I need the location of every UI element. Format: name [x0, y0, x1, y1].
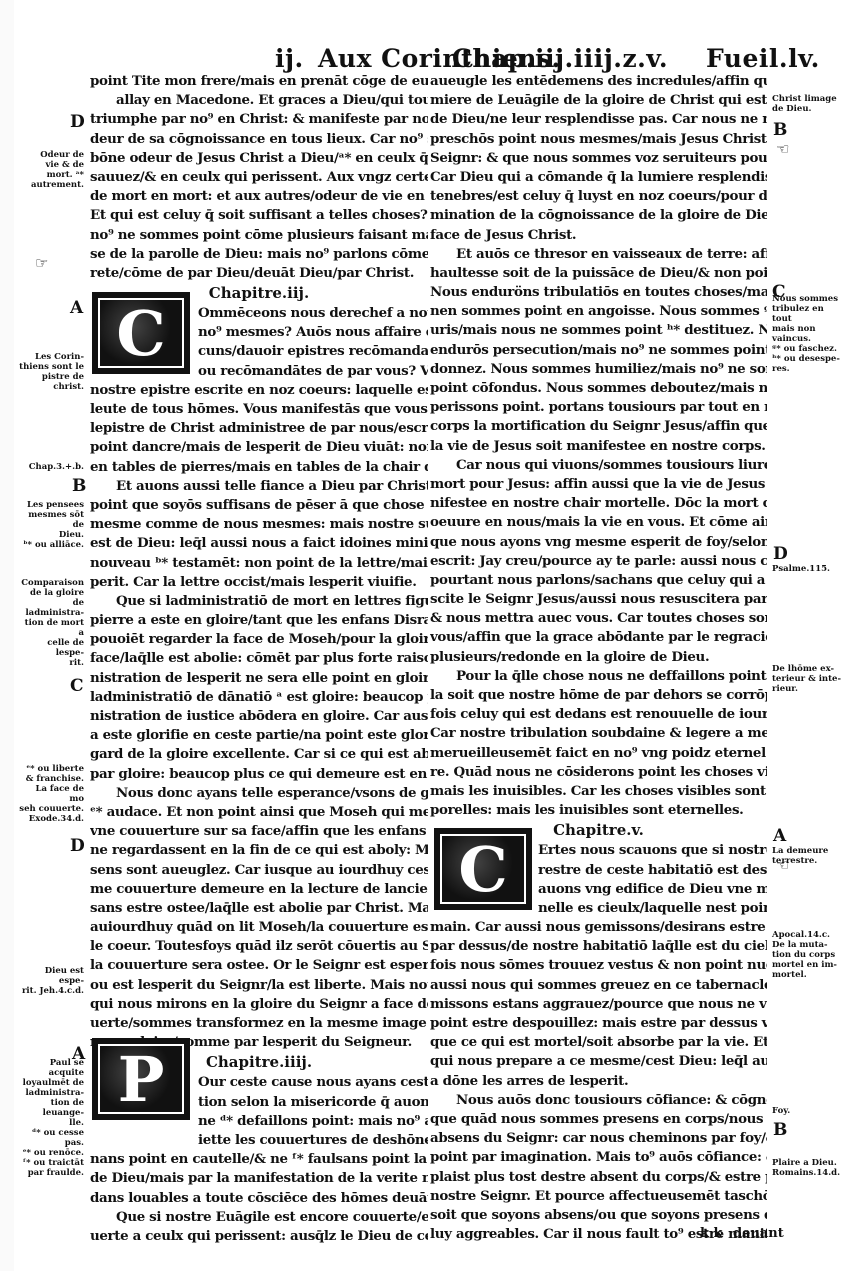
- text-line: nostre Seignr. Et pource affectueusemēt …: [430, 1187, 767, 1206]
- text-line: me couuerture demeure en la lecture de l…: [90, 880, 428, 899]
- text-line: perissons point. portans tousiours par t…: [430, 398, 767, 417]
- section-letter: B: [72, 476, 86, 496]
- section-letter: C: [70, 676, 84, 696]
- text-line: mesme comme de nous mesmes: mais nostre …: [90, 515, 428, 534]
- text-line: dans louables a toute cōsciēce des hōmes…: [90, 1189, 428, 1208]
- chapter-range: Chap.iij.iiij.z.v.: [452, 44, 668, 73]
- text-line: re. Quād nous ne cōsiderons point les ch…: [430, 763, 767, 782]
- text-line: face/laq̄lle est abolie: cōmēt par plus …: [90, 649, 428, 668]
- drop-cap-c: C: [434, 828, 532, 910]
- section-letter: B: [773, 1120, 787, 1140]
- signature-mark: k k: [700, 1226, 723, 1241]
- text-line: Car nostre tribulation soubdaine & leger…: [430, 724, 767, 743]
- margin-note-right: Plaire a Dieu. Romains.14.d.: [772, 1158, 844, 1178]
- text-line: scite le Seignr Jesus/aussi nous resusci…: [430, 590, 767, 609]
- margin-note-right: Psalme.115.: [772, 564, 844, 574]
- text-line: est de Dieu: leq̄l aussi nous a faict id…: [90, 534, 428, 553]
- section-letter: D: [773, 544, 788, 564]
- text-line: le coeur. Toutesfoys quād ilz serōt cōue…: [90, 937, 428, 956]
- text-line: oeuure en nous/mais la vie en vous. Et c…: [430, 513, 767, 532]
- text-line: que ce qui est mortel/soit absorbe par l…: [430, 1033, 767, 1052]
- text-line: rete/cōme de par Dieu/deuāt Dieu/par Chr…: [90, 264, 428, 283]
- left-text-block-2: Ommēceons nous derechef a nous louerno⁹ …: [90, 304, 428, 1052]
- drop-cap-letter: C: [98, 298, 184, 368]
- text-line: plusieurs/redonde en la gloire de Dieu.: [430, 648, 767, 667]
- scan-edge: [0, 0, 14, 1271]
- text-line: mort pour Jesus: affin aussi que la vie …: [430, 475, 767, 494]
- section-letter: D: [70, 112, 85, 132]
- text-line: point dancre/mais de lesperit de Dieu vi…: [90, 438, 428, 457]
- text-line: nen sommes point en angoisse. Nous somme…: [430, 302, 767, 321]
- text-line: par dessus/de nostre habitatiō laq̄lle e…: [430, 937, 767, 956]
- margin-note-left: Paul se acquite loyaulmēt de ladministra…: [18, 1058, 84, 1178]
- text-line: aussi nous qui sommes greuez en ce taber…: [430, 976, 767, 995]
- text-line: uerte a ceulx qui perissent: ausq̄lz le …: [90, 1227, 428, 1246]
- text-line: de Dieu/ne leur resplendisse pas. Car no…: [430, 110, 767, 129]
- text-line: nostre epistre escrite en noz coeurs: la…: [90, 381, 428, 400]
- text-line: Que si nostre Euāgile est encore couuert…: [90, 1208, 428, 1227]
- text-line: la soit que nostre hōme de par dehors se…: [430, 686, 767, 705]
- text-line: ᵉ* audace. Et non point ainsi que Moseh …: [90, 803, 428, 822]
- text-line: point cōfondus. Nous sommes deboutez/mai…: [430, 379, 767, 398]
- text-line: iette les couuertures de deshōneur: ne c…: [90, 1131, 428, 1150]
- text-line: allay en Macedone. Et graces a Dieu/qui …: [90, 91, 428, 110]
- text-line: pourtant nous parlons/sachans que celuy …: [430, 571, 767, 590]
- manicule-icon: ☜: [776, 140, 789, 158]
- drop-cap-c: C: [92, 292, 190, 374]
- text-line: haultesse soit de la puissāce de Dieu/& …: [430, 264, 767, 283]
- text-line: pierre a este en gloire/tant que les enf…: [90, 611, 428, 630]
- text-line: nans point en cautelle/& ne ᶠ* faulsans …: [90, 1150, 428, 1169]
- text-line: nifestee en nostre chair mortelle. Dōc l…: [430, 494, 767, 513]
- margin-note-left: Les Corin- thiens sont le pistre de chri…: [18, 352, 84, 392]
- margin-note-left: Les pensees mesmes sōt de Dieu. ᵇ* ou al…: [18, 500, 84, 550]
- text-line: ladministratiō de dānatiō ᵃ est gloire: …: [90, 688, 428, 707]
- text-line: par gloire: beaucop plus ce qui demeure …: [90, 765, 428, 784]
- text-line: la vie de Jesus soit manifestee en nostr…: [430, 437, 767, 456]
- section-letter: A: [773, 826, 786, 846]
- text-line: point estre despouillez: mais estre par …: [430, 1014, 767, 1033]
- text-line: en tables de pierres/mais en tables de l…: [90, 458, 428, 477]
- text-line: de Dieu/mais par la manifestation de la …: [90, 1169, 428, 1188]
- margin-note-right: Nous sommes tribulez en tout mais non va…: [772, 294, 844, 374]
- text-line: Nous enduröns tribulatiōs en toutes chos…: [430, 283, 767, 302]
- text-line: fois nous sōmes trouuez vestus & non poi…: [430, 956, 767, 975]
- text-line: perit. Car la lettre occist/mais lesperi…: [90, 573, 428, 592]
- text-line: que quād nous sommes presens en corps/no…: [430, 1110, 767, 1129]
- text-line: Et auōs ce thresor en vaisseaux de terre…: [430, 245, 767, 264]
- text-line: absens du Seignr: car nous cheminons par…: [430, 1129, 767, 1148]
- folio-number: Fueil.lv.: [706, 44, 820, 73]
- text-line: gard de la gloire excellente. Car si ce …: [90, 745, 428, 764]
- text-line: Que si ladministratiō de mort en lettres…: [90, 592, 428, 611]
- text-line: soit que soyons absens/ou que soyons pre…: [430, 1206, 767, 1225]
- drop-cap-letter: C: [440, 834, 526, 904]
- text-line: corps la mortification du Seignr Jesus/a…: [430, 417, 767, 436]
- text-line: mais les inuisibles. Car les choses visi…: [430, 782, 767, 801]
- text-line: Car Dieu qui a cōmande q̄ la lumiere res…: [430, 168, 767, 187]
- text-line: point Tite mon frere/mais en prenāt cōge…: [90, 72, 428, 91]
- text-line: vous/affin que la grace abōdante par le …: [430, 628, 767, 647]
- margin-note-right: Apocal.14.c. De la muta- tion du corps m…: [772, 930, 844, 980]
- text-line: que nous ayons vng mesme esperit de foy/…: [430, 533, 767, 552]
- text-line: ou est lesperit du Seignr/la est liberte…: [90, 976, 428, 995]
- text-line: face de Jesus Christ.: [430, 226, 767, 245]
- margin-note-left: Odeur de vie & de mort. ᵃ* autrement.: [18, 150, 84, 190]
- section-letter: D: [70, 836, 85, 856]
- text-line: a este glorifie en ceste partie/na point…: [90, 726, 428, 745]
- text-line: & nous mettra auec vous. Car toutes chos…: [430, 609, 767, 628]
- text-line: point par imagination. Mais to⁹ auōs cōf…: [430, 1148, 767, 1167]
- text-line: leute de tous hōmes. Vous manifestās que…: [90, 400, 428, 419]
- text-line: Seignr: & que nous sommes voz seruiteurs…: [430, 149, 767, 168]
- text-line: triumphe par no⁹ en Christ: & manifeste …: [90, 110, 428, 129]
- text-line: se de la parolle de Dieu: mais no⁹ parlo…: [90, 245, 428, 264]
- text-line: nouveau ᵇ* testamēt: non point de la let…: [90, 554, 428, 573]
- margin-note-left: Chap.3.+.b.: [18, 462, 84, 472]
- text-line: sens sont aueuglez. Car iusque au iourdh…: [90, 861, 428, 880]
- text-line: a dōne les arres de lesperit.: [430, 1072, 767, 1091]
- text-line: la couuerture sera ostee. Or le Seignr e…: [90, 956, 428, 975]
- text-line: qui nous prepare a ce mesme/cest Dieu: l…: [430, 1052, 767, 1071]
- text-line: uris/mais nous ne sommes point ʰ* destit…: [430, 321, 767, 340]
- text-line: no⁹ ne sommes point cōme plusieurs faisa…: [90, 226, 428, 245]
- text-line: plaist plus tost destre absent du corps/…: [430, 1168, 767, 1187]
- right-text-block-1: aueugle les entēdemens des incredules/af…: [430, 72, 767, 820]
- text-line: donnez. Nous sommes humiliez/mais no⁹ ne…: [430, 360, 767, 379]
- manicule-icon: ☜: [776, 856, 789, 874]
- margin-note-right: Christ limage de Dieu.: [772, 94, 844, 114]
- text-line: preschōs point nous mesmes/mais Jesus Ch…: [430, 130, 767, 149]
- text-line: escrit: Jay creu/pource ay te parle: aus…: [430, 552, 767, 571]
- text-line: main. Car aussi nous gemissons/desirans …: [430, 918, 767, 937]
- drop-cap-letter: P: [98, 1044, 184, 1114]
- text-line: bōne odeur de Jesus Christ a Dieu/ᵃ* en …: [90, 149, 428, 168]
- book-page: ij. Aux Corinthiens. Chap.iij.iiij.z.v. …: [0, 0, 846, 1271]
- text-line: missons estans aggrauez/pource que nous …: [430, 995, 767, 1014]
- text-line: sauuez/& en ceulx qui perissent. Aux vng…: [90, 168, 428, 187]
- text-line: ne regardassent en la fin de ce qui est …: [90, 841, 428, 860]
- text-line: Car nous qui viuons/sommes tousiours liu…: [430, 456, 767, 475]
- text-line: merueilleusemēt faict en no⁹ vng poidz e…: [430, 744, 767, 763]
- text-line: lepistre de Christ administree de par no…: [90, 419, 428, 438]
- section-letter: A: [70, 298, 83, 318]
- text-line: Nous auōs donc tousiours cōfiance: & cōg…: [430, 1091, 767, 1110]
- section-letter: B: [773, 120, 787, 140]
- text-line: de mort en mort: et aux autres/odeur de …: [90, 187, 428, 206]
- text-line: auiourdhuy quād on lit Moseh/la couuertu…: [90, 918, 428, 937]
- text-line: Et qui est celuy q̄ soit suffisant a tel…: [90, 206, 428, 225]
- text-line: point que soyōs suffisans de pēser ā que…: [90, 496, 428, 515]
- text-line: pouoiēt regarder la face de Moseh/pour l…: [90, 630, 428, 649]
- margin-note-left: Comparaison de la gloire de ladministra-…: [18, 578, 84, 668]
- text-line: endurōs persecution/mais no⁹ ne sommes p…: [430, 341, 767, 360]
- text-line: uerte/sommes transformez en la mesme ima…: [90, 1014, 428, 1033]
- left-text-block-1: point Tite mon frere/mais en prenāt cōge…: [90, 72, 428, 283]
- text-line: porelles: mais les inuisibles sont etern…: [430, 801, 767, 820]
- margin-note-left: Dieu est espe- rit. Jeh.4.c.d.: [18, 966, 84, 996]
- text-line: aueugle les entēdemens des incredules/af…: [430, 72, 767, 91]
- text-line: sans estre ostee/laq̄lle est abolie par …: [90, 899, 428, 918]
- text-line: deur de sa cōgnoissance en tous lieux. C…: [90, 130, 428, 149]
- text-line: tenebres/est celuy q̄ luyst en noz coeur…: [430, 187, 767, 206]
- text-line: vne couuerture sur sa face/affin que les…: [90, 822, 428, 841]
- book-number: ij.: [275, 44, 304, 73]
- text-line: Pour la q̄lle chose nous ne deffaillons …: [430, 667, 767, 686]
- text-line: fois celuy qui est dedans est renouuelle…: [430, 705, 767, 724]
- drop-cap-p: P: [92, 1038, 190, 1120]
- text-line: mination de la cōgnoissance de la gloire…: [430, 206, 767, 225]
- text-line: Et auons aussi telle fiance a Dieu par C…: [90, 477, 428, 496]
- margin-note-left: ᵉ* ou liberte & franchise. La face de mo…: [18, 764, 84, 824]
- right-column: aueugle les entēdemens des incredules/af…: [430, 72, 767, 1244]
- text-line: miere de Leuāgile de la gloire de Christ…: [430, 91, 767, 110]
- text-line: qui nous mirons en la gloire du Seignr a…: [90, 995, 428, 1014]
- catchword: deuant: [733, 1226, 784, 1241]
- text-line: nistration de iustice abōdera en gloire.…: [90, 707, 428, 726]
- margin-note-right: De lhōme ex- terieur & inte- rieur.: [772, 664, 844, 694]
- manicule-icon: ☞: [35, 254, 48, 272]
- margin-note-right: Foy.: [772, 1106, 844, 1116]
- text-line: Nous donc ayans telle esperance/vsons de…: [90, 784, 428, 803]
- text-line: nistration de lesperit ne sera elle poin…: [90, 669, 428, 688]
